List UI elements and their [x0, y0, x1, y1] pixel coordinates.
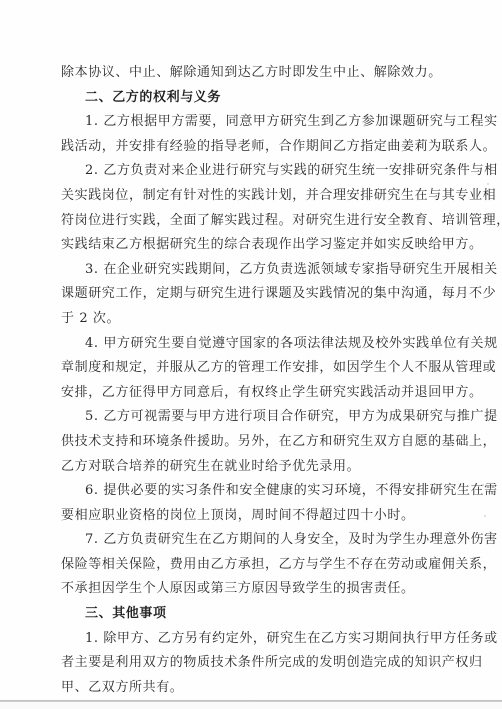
text-line: 于 2 次。 [61, 307, 439, 332]
text-line: 不承担因学生个人原因或第三方原因导致学生的损害责任。 [61, 577, 439, 602]
text-line: 除本协议、中止、解除通知到达乙方时即发生中止、解除效力。 [61, 61, 439, 86]
section-heading-party-b-rights: 二、乙方的权利与义务 [61, 86, 439, 111]
text-line: 章制度和规定，并服从乙方的管理工作安排，如因学生个人不服从管理或 [61, 356, 439, 381]
text-line: 1. 除甲方、乙方另有约定外，研究生在乙方实习期间执行甲方任务或 [61, 627, 439, 652]
text-line: 甲、乙双方所共有。 [61, 676, 439, 701]
text-line: 7. 乙方负责研究生在乙方期间的人身安全，及时为学生办理意外伤害 [61, 528, 439, 553]
text-line: 课题研究工作，定期与研究生进行课题及实践情况的集中沟通，每月不少 [61, 282, 439, 307]
text-line: 1. 乙方根据甲方需要，同意甲方研究生到乙方参加课题研究与工程实 [61, 110, 439, 135]
text-line: 3. 在企业研究实践期间，乙方负责选派领域专家指导研究生开展相关 [61, 258, 439, 283]
scan-speck [487, 183, 489, 185]
text-line: 实践结束乙方根据研究生的综合表现作出学习鉴定并如实反映给甲方。 [61, 233, 439, 258]
document-page: 除本协议、中止、解除通知到达乙方时即发生中止、解除效力。 二、乙方的权利与义务 … [0, 0, 502, 700]
text-line: 供技术支持和环境条件援助。另外，在乙方和研究生双方自愿的基础上， [61, 430, 439, 455]
text-line: 者主要是利用双方的物质技术条件所完成的发明创造完成的知识产权归 [61, 651, 439, 676]
section-heading-other-matters: 三、其他事项 [61, 602, 439, 627]
scan-speck [488, 214, 490, 216]
text-line: 要相应职业资格的岗位上顶岗，周时间不得超过四十小时。 [61, 504, 439, 529]
scan-speck [484, 515, 486, 517]
text-line: 践活动，并安排有经验的指导老师，合作期间乙方指定曲姜莉为联系人。 [61, 135, 439, 160]
document-body: 除本协议、中止、解除通知到达乙方时即发生中止、解除效力。 二、乙方的权利与义务 … [61, 61, 439, 700]
text-line: 乙方对联合培养的研究生在就业时给予优先录用。 [61, 455, 439, 480]
text-line: 2. 乙方负责对来企业进行研究与实践的研究生统一安排研究条件与相 [61, 159, 439, 184]
text-line: 4. 甲方研究生要自觉遵守国家的各项法律法规及校外实践单位有关规 [61, 332, 439, 357]
text-line: 5. 乙方可视需要与甲方进行项目合作研究，甲方为成果研究与推广提 [61, 405, 439, 430]
text-line: 关实践岗位，制定有针对性的实践计划，并合理安排研究生在与其专业相 [61, 184, 439, 209]
text-line: 符岗位进行实践，全面了解实践过程。对研究生进行安全教育、培训管理， [61, 209, 439, 234]
text-line: 安排，乙方征得甲方同意后，有权终止学生研究实践活动并退回甲方。 [61, 381, 439, 406]
text-line: 6. 提供必要的实习条件和安全健康的实习环境，不得安排研究生在需 [61, 479, 439, 504]
text-line: 保险等相关保险，费用由乙方承担，乙方与学生不存在劳动或雇佣关系， [61, 553, 439, 578]
page-gap [0, 702, 502, 709]
scan-speck [482, 484, 484, 486]
